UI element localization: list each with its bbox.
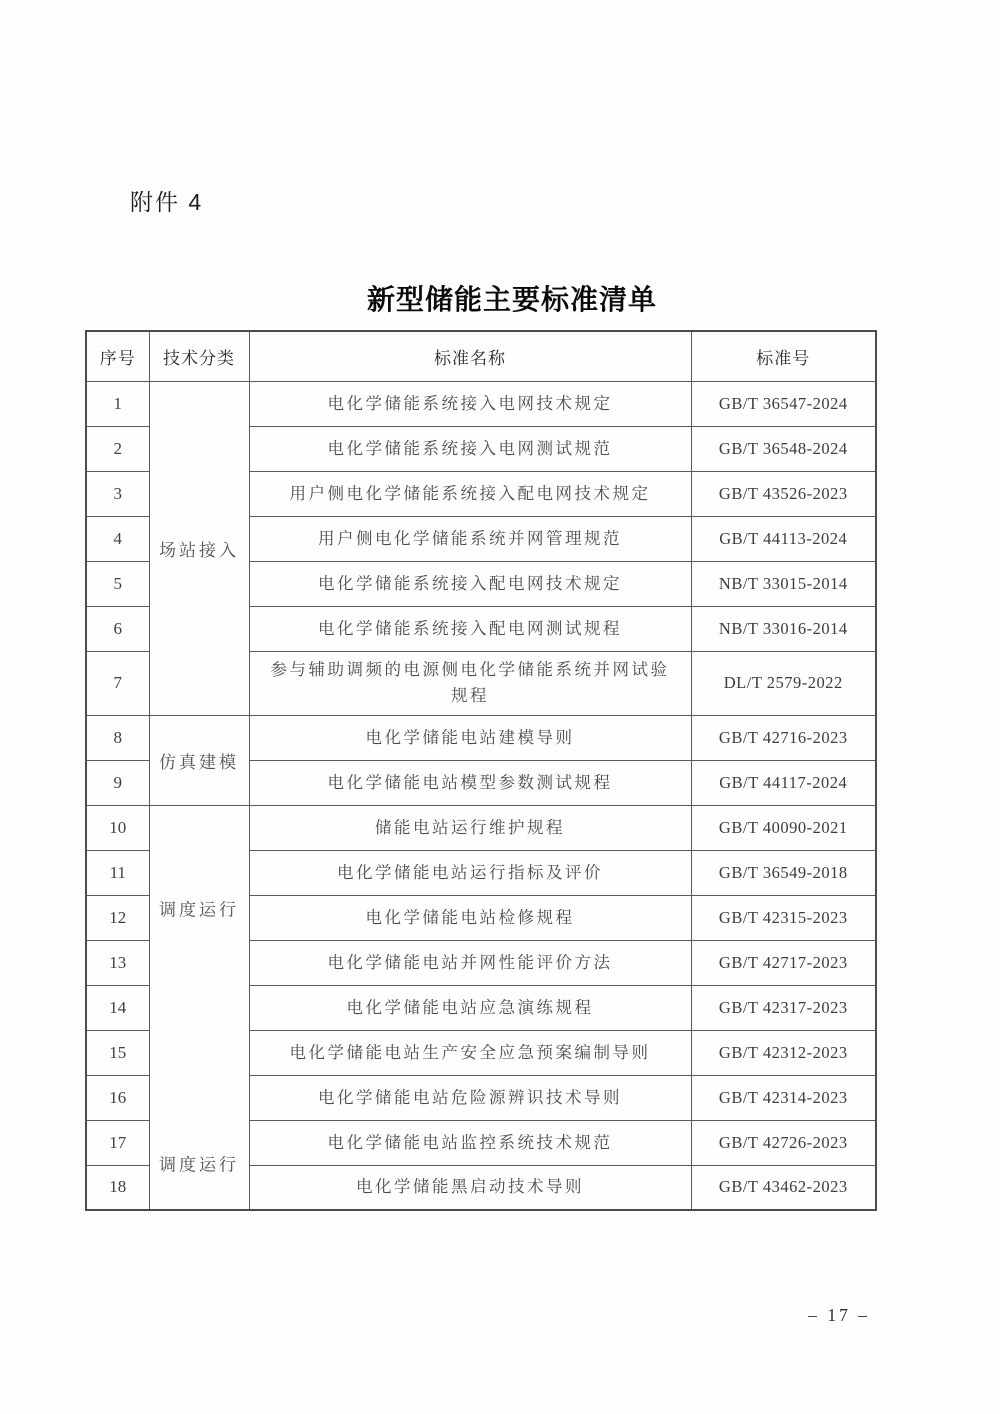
standard-name: 电化学储能电站危险源辨识技术导则 [249,1075,691,1120]
standard-code: GB/T 42315-2023 [691,895,876,940]
standard-code: GB/T 42726-2023 [691,1120,876,1165]
standard-code: GB/T 40090-2021 [691,805,876,850]
standard-code: GB/T 36548-2024 [691,426,876,471]
standard-name: 电化学储能系统接入配电网技术规定 [249,561,691,606]
row-no: 5 [86,561,149,606]
table-row: 8 仿真建模 电化学储能电站建模导则 GB/T 42716-2023 [86,715,876,760]
standards-table: 序号 技术分类 标准名称 标准号 1 场站接入 电化学储能系统接入电网技术规定 … [85,330,877,1211]
standard-code: GB/T 44113-2024 [691,516,876,561]
standard-name: 电化学储能黑启动技术导则 [249,1165,691,1210]
attachment-label: 附件 4 [130,184,203,217]
standard-code: GB/T 44117-2024 [691,760,876,805]
standard-code: GB/T 36549-2018 [691,850,876,895]
standard-name: 电化学储能系统接入电网测试规范 [249,426,691,471]
document-page: 附件 4 新型储能主要标准清单 序号 技术分类 标准名称 标准号 1 场站接入 … [0,0,1000,1414]
page-number: – 17 – [808,1305,870,1326]
header-category: 技术分类 [149,331,249,381]
row-no: 14 [86,985,149,1030]
row-no: 10 [86,805,149,850]
row-no: 12 [86,895,149,940]
standard-name: 参与辅助调频的电源侧电化学储能系统并网试验规程 [249,651,691,715]
standard-code: DL/T 2579-2022 [691,651,876,715]
row-no: 13 [86,940,149,985]
standard-name: 储能电站运行维护规程 [249,805,691,850]
standard-name: 电化学储能电站应急演练规程 [249,985,691,1030]
row-no: 17 [86,1120,149,1165]
category-cell-simulation-modeling: 仿真建模 [149,715,249,805]
standard-code: GB/T 42312-2023 [691,1030,876,1075]
standard-name: 电化学储能电站模型参数测试规程 [249,760,691,805]
standard-name: 用户侧电化学储能系统接入配电网技术规定 [249,471,691,516]
category-cell-site-access: 场站接入 [149,381,249,715]
standard-code: GB/T 42716-2023 [691,715,876,760]
row-no: 3 [86,471,149,516]
standard-code: GB/T 42314-2023 [691,1075,876,1120]
standard-code: GB/T 43526-2023 [691,471,876,516]
row-no: 16 [86,1075,149,1120]
row-no: 2 [86,426,149,471]
standard-code: GB/T 42317-2023 [691,985,876,1030]
standard-name: 用户侧电化学储能系统并网管理规范 [249,516,691,561]
standard-name: 电化学储能电站并网性能评价方法 [249,940,691,985]
row-no: 9 [86,760,149,805]
row-no: 11 [86,850,149,895]
page-title: 新型储能主要标准清单 [0,278,1000,318]
header-standard-name: 标准名称 [249,331,691,381]
standard-name: 电化学储能电站运行指标及评价 [249,850,691,895]
standard-code: GB/T 43462-2023 [691,1165,876,1210]
row-no: 15 [86,1030,149,1075]
table-row: 1 场站接入 电化学储能系统接入电网技术规定 GB/T 36547-2024 [86,381,876,426]
standard-code: NB/T 33016-2014 [691,606,876,651]
standard-name: 电化学储能系统接入配电网测试规程 [249,606,691,651]
row-no: 1 [86,381,149,426]
category-label-dispatch-operation-upper: 调度运行 [150,896,249,921]
category-label-dispatch-operation-lower: 调度运行 [150,1150,249,1175]
row-no: 6 [86,606,149,651]
standard-name: 电化学储能电站生产安全应急预案编制导则 [249,1030,691,1075]
row-no: 8 [86,715,149,760]
standard-code: GB/T 42717-2023 [691,940,876,985]
standard-name: 电化学储能电站监控系统技术规范 [249,1120,691,1165]
category-cell-dispatch-operation: 调度运行 调度运行 [149,805,249,1210]
row-no: 7 [86,651,149,715]
header-serial-number: 序号 [86,331,149,381]
row-no: 18 [86,1165,149,1210]
standard-code: GB/T 36547-2024 [691,381,876,426]
table-header-row: 序号 技术分类 标准名称 标准号 [86,331,876,381]
row-no: 4 [86,516,149,561]
header-standard-code: 标准号 [691,331,876,381]
standard-name: 电化学储能电站建模导则 [249,715,691,760]
standard-name: 电化学储能电站检修规程 [249,895,691,940]
standard-name: 电化学储能系统接入电网技术规定 [249,381,691,426]
standard-code: NB/T 33015-2014 [691,561,876,606]
table-row: 10 调度运行 调度运行 储能电站运行维护规程 GB/T 40090-2021 [86,805,876,850]
